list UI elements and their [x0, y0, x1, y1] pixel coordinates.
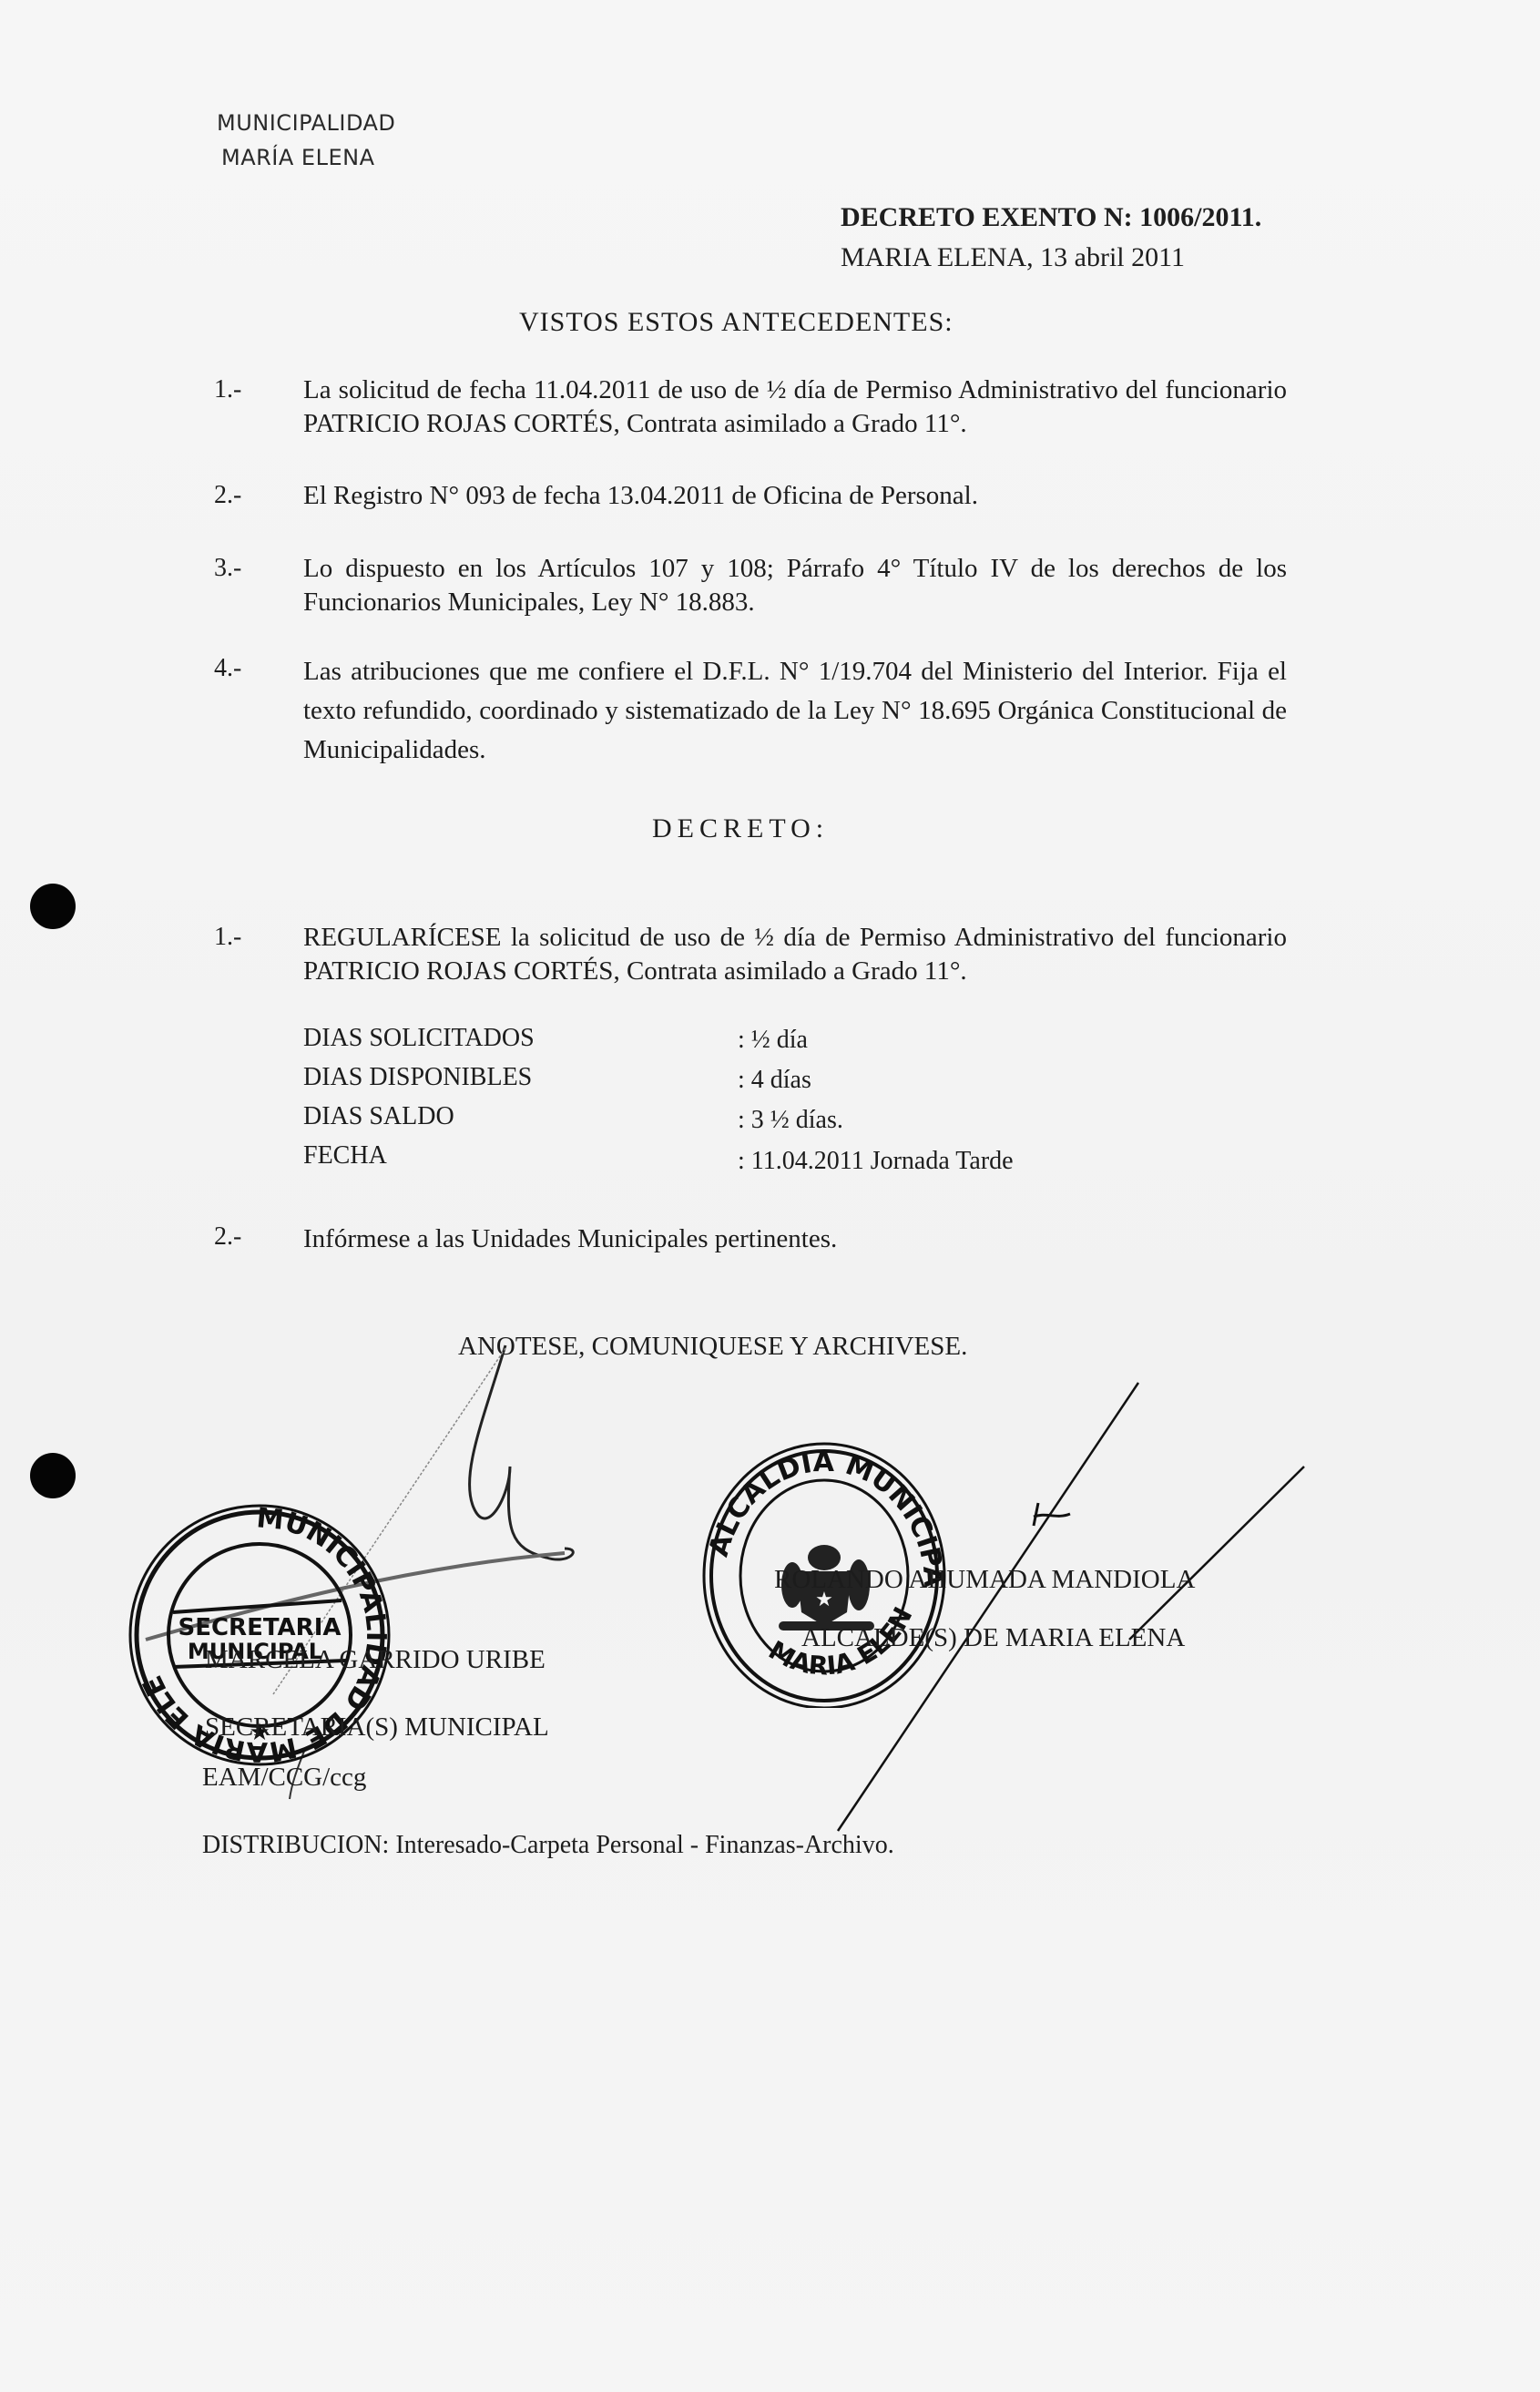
- detail-value: : ½ día: [738, 1026, 808, 1055]
- antecedent-text: La solicitud de fecha 11.04.2011 de uso …: [303, 373, 1287, 441]
- reference-initials: EAM/CCG/ccg: [202, 1763, 366, 1793]
- signer-left-name: MARCELA GARRIDO URIBE: [205, 1645, 546, 1675]
- svg-text:SECRETARIA: SECRETARIA: [178, 1614, 341, 1641]
- decree-number: DECRETO EXENTO N: 1006/2011.: [841, 202, 1261, 233]
- signature-strokes: [0, 0, 1540, 2392]
- resolution-number: 1.-: [214, 923, 241, 952]
- resolution-title: DECRETO:: [652, 813, 829, 844]
- detail-value: : 4 días: [738, 1066, 811, 1095]
- punch-hole-top: [30, 884, 76, 929]
- decree-place-date: MARIA ELENA, 13 abril 2011: [841, 242, 1185, 273]
- detail-value: : 3 ½ días.: [738, 1106, 843, 1135]
- signer-right-name: ROLANDO AHUMADA MANDIOLA: [774, 1565, 1195, 1595]
- antecedent-text: El Registro N° 093 de fecha 13.04.2011 d…: [303, 479, 1287, 513]
- antecedents-title: VISTOS ESTOS ANTECEDENTES:: [519, 307, 954, 338]
- signer-right-title: ALCALDE(S) DE MARIA ELENA: [801, 1623, 1185, 1653]
- antecedent-text: Lo dispuesto en los Artículos 107 y 108;…: [303, 552, 1287, 619]
- letterhead-line2: MARÍA ELENA: [217, 140, 395, 175]
- detail-label: DIAS SALDO: [303, 1102, 454, 1131]
- detail-label: FECHA: [303, 1141, 387, 1170]
- resolution-text: REGULARÍCESE la solicitud de uso de ½ dí…: [303, 921, 1287, 988]
- resolution-lead: REGULARÍCESE: [303, 923, 502, 952]
- detail-label: DIAS DISPONIBLES: [303, 1063, 532, 1092]
- document-page: MUNICIPALIDAD MARÍA ELENA DECRETO EXENTO…: [0, 0, 1540, 2392]
- resolution-text: Infórmese a las Unidades Municipales per…: [303, 1222, 1287, 1256]
- closing-formula: ANOTESE, COMUNIQUESE Y ARCHIVESE.: [458, 1332, 967, 1362]
- antecedent-text: Las atribuciones que me confiere el D.F.…: [303, 652, 1287, 770]
- letterhead: MUNICIPALIDAD MARÍA ELENA: [217, 106, 395, 175]
- distribution-list: Interesado-Carpeta Personal - Finanzas-A…: [389, 1831, 893, 1859]
- antecedent-number: 3.-: [214, 554, 241, 583]
- resolution-number: 2.-: [214, 1222, 241, 1252]
- detail-value: : 11.04.2011 Jornada Tarde: [738, 1147, 1014, 1176]
- antecedent-number: 4.-: [214, 654, 241, 683]
- antecedent-number: 2.-: [214, 481, 241, 510]
- letterhead-line1: MUNICIPALIDAD: [217, 106, 395, 140]
- punch-hole-bottom: [30, 1453, 76, 1498]
- distribution-label: DISTRIBUCION:: [202, 1831, 389, 1859]
- distribution-line: DISTRIBUCION: Interesado-Carpeta Persona…: [202, 1831, 894, 1860]
- signer-left-title: SECRETARIA(S) MUNICIPAL: [205, 1712, 549, 1743]
- detail-label: DIAS SOLICITADOS: [303, 1024, 535, 1053]
- antecedent-number: 1.-: [214, 375, 241, 404]
